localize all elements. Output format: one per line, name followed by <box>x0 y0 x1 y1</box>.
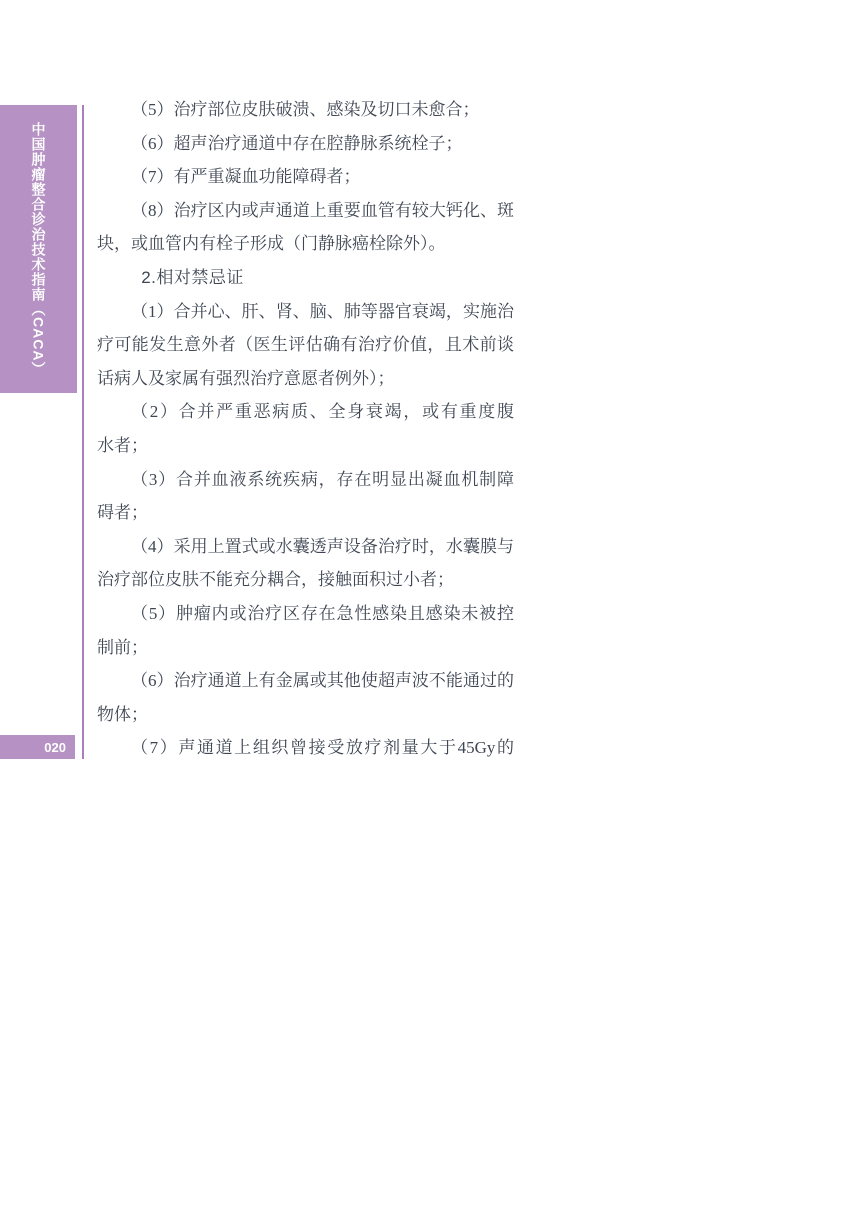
section-heading: 2.相对禁忌证 <box>97 261 514 295</box>
page-number: 020 <box>44 740 66 755</box>
text-line: （5）治疗部位皮肤破溃、感染及切口未愈合； <box>97 93 514 127</box>
text-line: 块，或血管内有栓子形成（门静脉癌栓除外）。 <box>97 227 514 261</box>
text-line: （6）超声治疗通道中存在腔静脉系统栓子； <box>97 127 514 161</box>
text-line: 治疗部位皮肤不能充分耦合，接触面积过小者； <box>97 563 514 597</box>
text-line: （3）合并血液系统疾病，存在明显出凝血机制障 <box>97 463 514 497</box>
text-line: 碍者； <box>97 496 514 530</box>
text-line: （7）声通道上组织曾接受放疗剂量大于45Gy的 <box>97 731 514 765</box>
text-line: 话病人及家属有强烈治疗意愿者例外）； <box>97 362 514 396</box>
text-line: 疗可能发生意外者（医生评估确有治疗价值，且术前谈 <box>97 328 514 362</box>
text-line: （6）治疗通道上有金属或其他使超声波不能通过的 <box>97 664 514 698</box>
vertical-divider <box>82 105 84 759</box>
text-line: 水者； <box>97 429 514 463</box>
text-line: （1）合并心、肝、肾、脑、肺等器官衰竭，实施治 <box>97 295 514 329</box>
text-line: （7）有严重凝血功能障碍者； <box>97 160 514 194</box>
text-line: （4）采用上置式或水囊透声设备治疗时，水囊膜与 <box>97 530 514 564</box>
text-line: （5）肿瘤内或治疗区存在急性感染且感染未被控 <box>97 597 514 631</box>
text-line: （2）合并严重恶病质、全身衰竭，或有重度腹 <box>97 395 514 429</box>
sidebar-title: 中国肿瘤整合诊治技术指南（CACA） <box>29 122 49 376</box>
text-line: （8）治疗区内或声通道上重要血管有较大钙化、斑 <box>97 194 514 228</box>
text-line: 制前； <box>97 631 514 665</box>
text-line: 物体； <box>97 698 514 732</box>
document-page: 中国肿瘤整合诊治技术指南（CACA） 020 （5）治疗部位皮肤破溃、感染及切口… <box>0 0 867 1218</box>
page-number-badge: 020 <box>0 735 75 759</box>
body-text: （5）治疗部位皮肤破溃、感染及切口未愈合；（6）超声治疗通道中存在腔静脉系统栓子… <box>97 93 514 765</box>
sidebar-banner: 中国肿瘤整合诊治技术指南（CACA） <box>0 105 77 393</box>
